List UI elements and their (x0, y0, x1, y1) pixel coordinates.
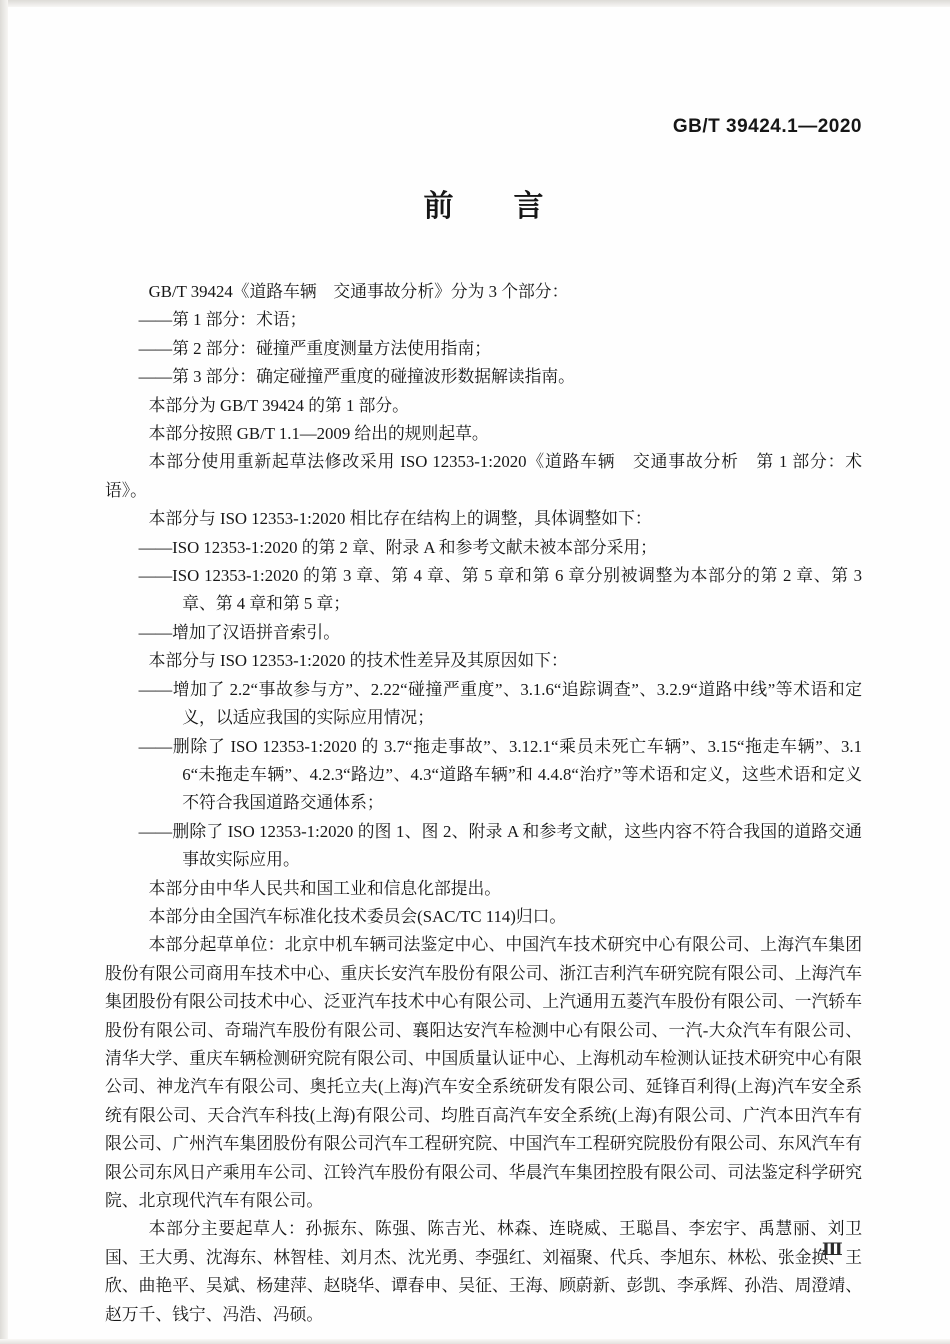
foreword-paragraph: ——ISO 12353-1:2020 的第 3 章、第 4 章、第 5 章和第 … (105, 562, 862, 619)
foreword-paragraph: 本部分使用重新起草法修改采用 ISO 12353-1:2020《道路车辆 交通事… (105, 448, 862, 505)
foreword-body: GB/T 39424《道路车辆 交通事故分析》分为 3 个部分：——第 1 部分… (105, 278, 862, 1329)
foreword-paragraph: ——第 3 部分：确定碰撞严重度的碰撞波形数据解读指南。 (105, 363, 862, 391)
page-number: Ⅲ (822, 1240, 843, 1260)
foreword-paragraph: 本部分起草单位：北京中机车辆司法鉴定中心、中国汽车技术研究中心有限公司、上海汽车… (105, 931, 862, 1215)
foreword-paragraph: ——增加了汉语拼音索引。 (105, 619, 862, 647)
standard-code: GB/T 39424.1—2020 (673, 116, 862, 138)
foreword-paragraph: ——第 1 部分：术语； (105, 306, 862, 334)
foreword-paragraph: 本部分为 GB/T 39424 的第 1 部分。 (105, 392, 862, 420)
scan-edge-top (0, 0, 950, 7)
page-title: 前 言 (105, 188, 862, 226)
foreword-paragraph: GB/T 39424《道路车辆 交通事故分析》分为 3 个部分： (105, 278, 862, 306)
foreword-paragraph: ——删除了 ISO 12353-1:2020 的图 1、图 2、附录 A 和参考… (105, 818, 862, 875)
foreword-paragraph: ——删除了 ISO 12353-1:2020 的 3.7“拖走事故”、3.12.… (105, 733, 862, 818)
foreword-paragraph: 本部分由全国汽车标准化技术委员会(SAC/TC 114)归口。 (105, 903, 862, 931)
document-page: GB/T 39424.1—2020 前 言 GB/T 39424《道路车辆 交通… (0, 0, 950, 1344)
foreword-paragraph: 本部分由中华人民共和国工业和信息化部提出。 (105, 875, 862, 903)
foreword-paragraph: 本部分主要起草人：孙振东、陈强、陈吉光、林森、连晓威、王聪昌、李宏宇、禹慧丽、刘… (105, 1215, 862, 1329)
foreword-paragraph: ——第 2 部分：碰撞严重度测量方法使用指南； (105, 335, 862, 363)
foreword-paragraph: ——ISO 12353-1:2020 的第 2 章、附录 A 和参考文献未被本部… (105, 534, 862, 562)
foreword-paragraph: ——增加了 2.2“事故参与方”、2.22“碰撞严重度”、3.1.6“追踪调查”… (105, 676, 862, 733)
foreword-paragraph: 本部分与 ISO 12353-1:2020 相比存在结构上的调整，具体调整如下： (105, 505, 862, 533)
foreword-paragraph: 本部分按照 GB/T 1.1—2009 给出的规则起草。 (105, 420, 862, 448)
scan-edge-left (0, 0, 8, 1344)
scan-edge-bottom (0, 1339, 950, 1344)
foreword-paragraph: 本部分与 ISO 12353-1:2020 的技术性差异及其原因如下： (105, 647, 862, 675)
